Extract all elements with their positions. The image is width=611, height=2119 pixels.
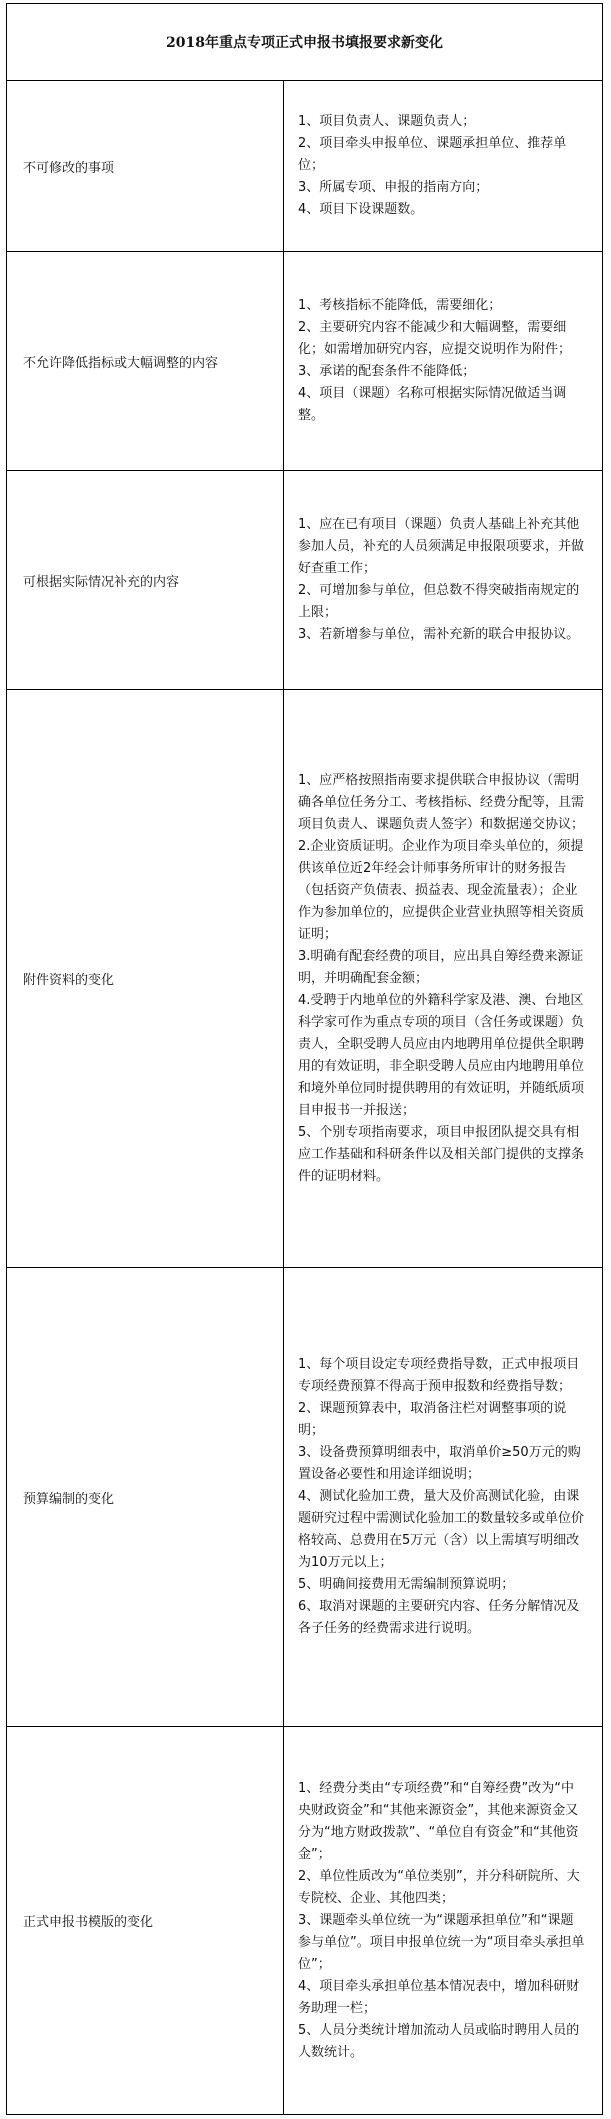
table-body: 不可修改的事项1、项目负责人、课题负责人；2、项目牵头申报单位、课题承担单位、推… xyxy=(7,81,602,2114)
requirements-list: 1、每个项目设定专项经费指导数，正式申报项目专项经费预算不得高于预申报数和经费指… xyxy=(298,1354,586,1640)
requirement-item: 5、人员分类统计增加流动人员或临时聘用人员的人数统计。 xyxy=(298,2020,586,2064)
table-row: 可根据实际情况补充的内容1、应在已有项目（课题）负责人基础上补充其他参加人员，补… xyxy=(7,471,602,690)
requirement-item: 1、经费分类由“专项经费”和“自筹经费”改为“中央财政资金”和“其他来源资金”，… xyxy=(298,1778,586,1866)
requirements-list: 1、项目负责人、课题负责人；2、项目牵头申报单位、课题承担单位、推荐单位；3、所… xyxy=(298,111,586,221)
row-category-label: 可根据实际情况补充的内容 xyxy=(7,471,284,689)
requirement-item: 2.企业资质证明。企业作为项目牵头单位的，须提供该单位近2年经会计师事务所审计的… xyxy=(298,836,586,946)
requirement-item: 2、项目牵头申报单位、课题承担单位、推荐单位； xyxy=(298,133,586,177)
requirement-item: 4.受聘于内地单位的外籍科学家及港、澳、台地区科学家可作为重点专项的项目（含任务… xyxy=(298,990,586,1122)
row-category-label: 正式申报书模版的变化 xyxy=(7,1727,284,2114)
requirement-item: 1、考核指标不能降低，需要细化； xyxy=(298,295,586,317)
requirement-item: 2、单位性质改为“单位类别”，并分科研院所、大专院校、企业、其他四类； xyxy=(298,1866,586,1910)
requirement-item: 1、每个项目设定专项经费指导数，正式申报项目专项经费预算不得高于预申报数和经费指… xyxy=(298,1354,586,1398)
table-row: 附件资料的变化1、应严格按照指南要求提供联合申报协议（需明确各单位任务分工、考核… xyxy=(7,690,602,1268)
row-requirements-cell: 1、经费分类由“专项经费”和“自筹经费”改为“中央财政资金”和“其他来源资金”，… xyxy=(284,1727,602,2114)
table-title: 2018年重点专项正式申报书填报要求新变化 xyxy=(7,4,602,81)
requirement-item: 2、课题预算表中，取消备注栏对调整事项的说明； xyxy=(298,1398,586,1442)
row-category-label: 附件资料的变化 xyxy=(7,690,284,1267)
requirement-item: 1、项目负责人、课题负责人； xyxy=(298,111,586,133)
row-category-label: 不允许降低指标或大幅调整的内容 xyxy=(7,252,284,470)
requirements-table: 2018年重点专项正式申报书填报要求新变化 不可修改的事项1、项目负责人、课题负… xyxy=(6,3,603,2115)
requirement-item: 6、取消对课题的主要研究内容、任务分解情况及各子任务的经费需求进行说明。 xyxy=(298,1596,586,1640)
requirement-item: 3、设备费预算明细表中，取消单价≥50万元的购置设备必要性和用途详细说明； xyxy=(298,1442,586,1486)
row-requirements-cell: 1、每个项目设定专项经费指导数，正式申报项目专项经费预算不得高于预申报数和经费指… xyxy=(284,1268,602,1726)
requirement-item: 5、明确间接费用无需编制预算说明； xyxy=(298,1574,586,1596)
table-row: 不允许降低指标或大幅调整的内容1、考核指标不能降低，需要细化；2、主要研究内容不… xyxy=(7,252,602,471)
requirement-item: 3、若新增参与单位，需补充新的联合申报协议。 xyxy=(298,624,586,646)
requirement-item: 4、测试化验加工费，量大及价高测试化验，由课题研究过程中需测试化验加工的数量较多… xyxy=(298,1486,586,1574)
row-category-label: 预算编制的变化 xyxy=(7,1268,284,1726)
requirements-list: 1、经费分类由“专项经费”和“自筹经费”改为“中央财政资金”和“其他来源资金”，… xyxy=(298,1778,586,2064)
row-requirements-cell: 1、项目负责人、课题负责人；2、项目牵头申报单位、课题承担单位、推荐单位；3、所… xyxy=(284,81,602,251)
row-requirements-cell: 1、应在已有项目（课题）负责人基础上补充其他参加人员，补充的人员须满足申报限项要… xyxy=(284,471,602,689)
requirements-list: 1、考核指标不能降低，需要细化；2、主要研究内容不能减少和大幅调整，需要细化；如… xyxy=(298,295,586,427)
requirement-item: 3.明确有配套经费的项目，应出具自筹经费来源证明，并明确配套金额； xyxy=(298,946,586,990)
table-row: 预算编制的变化1、每个项目设定专项经费指导数，正式申报项目专项经费预算不得高于预… xyxy=(7,1268,602,1727)
requirements-list: 1、应在已有项目（课题）负责人基础上补充其他参加人员，补充的人员须满足申报限项要… xyxy=(298,514,586,646)
requirement-item: 3、承诺的配套条件不能降低； xyxy=(298,361,586,383)
requirement-item: 2、可增加参与单位，但总数不得突破指南规定的上限； xyxy=(298,580,586,624)
row-category-label: 不可修改的事项 xyxy=(7,81,284,251)
requirement-item: 3、课题牵头单位统一为“课题承担单位”和“课题参与单位”。项目申报单位统一为“项… xyxy=(298,1910,586,1976)
requirement-item: 3、所属专项、申报的指南方向； xyxy=(298,177,586,199)
row-requirements-cell: 1、考核指标不能降低，需要细化；2、主要研究内容不能减少和大幅调整，需要细化；如… xyxy=(284,252,602,470)
requirement-item: 1、应在已有项目（课题）负责人基础上补充其他参加人员，补充的人员须满足申报限项要… xyxy=(298,514,586,580)
requirement-item: 2、主要研究内容不能减少和大幅调整，需要细化；如需增加研究内容，应提交说明作为附… xyxy=(298,317,586,361)
requirements-list: 1、应严格按照指南要求提供联合申报协议（需明确各单位任务分工、考核指标、经费分配… xyxy=(298,770,586,1188)
row-requirements-cell: 1、应严格按照指南要求提供联合申报协议（需明确各单位任务分工、考核指标、经费分配… xyxy=(284,690,602,1267)
requirement-item: 4、项目下设课题数。 xyxy=(298,199,586,221)
requirement-item: 4、项目（课题）名称可根据实际情况做适当调整。 xyxy=(298,383,586,427)
requirement-item: 5、个别专项指南要求，项目申报团队提交具有相应工作基础和科研条件以及相关部门提供… xyxy=(298,1122,586,1188)
requirement-item: 1、应严格按照指南要求提供联合申报协议（需明确各单位任务分工、考核指标、经费分配… xyxy=(298,770,586,836)
table-row: 正式申报书模版的变化1、经费分类由“专项经费”和“自筹经费”改为“中央财政资金”… xyxy=(7,1727,602,2114)
table-row: 不可修改的事项1、项目负责人、课题负责人；2、项目牵头申报单位、课题承担单位、推… xyxy=(7,81,602,252)
requirement-item: 4、项目牵头承担单位基本情况表中，增加科研财务助理一栏； xyxy=(298,1976,586,2020)
